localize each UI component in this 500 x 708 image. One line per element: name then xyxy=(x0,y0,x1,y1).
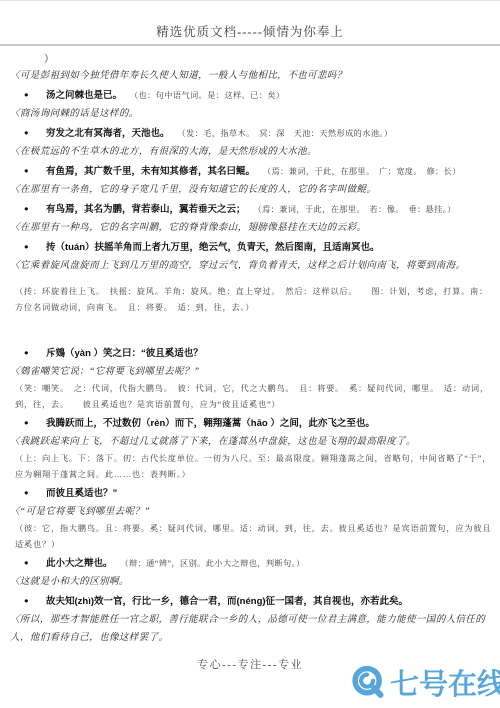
bullet-main-text: 斥鴳（yàn ）笑之曰：“彼且奚适也？ xyxy=(46,348,203,359)
bullet-icon: ● xyxy=(24,413,46,432)
bullet-icon: ● xyxy=(24,123,46,142)
watermark-logo: 七号在线 xyxy=(350,662,500,703)
bullet-main-text: 有鸟焉，其名为鹏，背若泰山，翼若垂天之云； xyxy=(46,204,246,215)
bullet-icon: ● xyxy=(24,483,46,502)
bullet-item: ●斥鴳（yàn ）笑之曰：“彼且奚适也？ xyxy=(10,343,492,363)
bullet-main-text: 汤之问棘也是已。 xyxy=(46,90,122,101)
translation-line: 〈鴳雀嘲笑它说：“它将要飞到哪里去呢？” xyxy=(10,363,492,381)
document-line: ） xyxy=(10,53,492,67)
page-header: 精选优质文档-----倾情为你奉上 xyxy=(0,1,500,40)
bullet-item: ●有鱼焉，其广数千里，未有知其修者，其名曰鲲。（焉：兼词，于此，在那里。 广：宽… xyxy=(10,161,492,181)
bullet-main-text: 此小大之辩也。 xyxy=(46,558,113,569)
translation-line: 〈可是彭祖到如今独凭借年寿长久使人知道，一般人与他相比，不也可悲吗？ xyxy=(10,67,492,85)
bullet-main-text: 抟（tuán）扶摇羊角而上者九万里，绝云气，负青天，然后图南，且适南冥也。 xyxy=(46,242,380,253)
translation-line: 〈所以，那些才智能胜任一官之职，善行能联合一乡的人，品德可使一位君主满意，能力能… xyxy=(10,611,492,647)
translation-line: 〈它乘着旋风盘旋而上飞到几万里的高空，穿过云气，背负着青天，这样之后计划向南飞，… xyxy=(10,257,492,275)
bullet-annotation: （发：毛，指草木。 冥：深 天池：天然形成的水池。） xyxy=(182,129,393,138)
bullet-icon: ● xyxy=(24,161,46,180)
bullet-annotation: （也：句中语气词。是：这样。已：矣） xyxy=(134,91,284,100)
annotation-block: （上：向上飞。下：落下。仞：古代长度单位。一仞为八尺。至：最高限度。翱翔蓬蒿之间… xyxy=(10,451,492,483)
translation-line: 〈“可是它将要飞到哪里去呢？” xyxy=(10,503,492,521)
bullet-main-text: 而彼且奚适也？” xyxy=(46,488,117,499)
watermark-text: 七号在线 xyxy=(390,662,500,703)
bullet-item: ●抟（tuán）扶摇羊角而上者九万里，绝云气，负青天，然后图南，且适南冥也。 xyxy=(10,237,492,257)
bullet-item: ●而彼且奚适也？” xyxy=(10,483,492,503)
bullet-item: ●故夫知(zhì)效一官，行比一乡，德合一君，而(néng)征一国者，其自视也，… xyxy=(10,591,492,611)
q-logo-icon xyxy=(350,664,387,701)
bullet-annotation: （焉：兼词，于此，在那里。 若：像。 垂：悬挂。） xyxy=(258,205,456,214)
bullet-main-text: 故夫知(zhì)效一官，行比一乡，德合一君，而(néng)征一国者，其自视也，亦… xyxy=(46,596,408,607)
annotation-block: （彼：它，指大鹏鸟。且：将要。奚：疑问代词，哪里。适：动词，到，往，去。彼且奚适… xyxy=(10,521,492,553)
bullet-main-text: 穷发之北有冥海者，天池也。 xyxy=(46,128,170,139)
annotation-block: （笑：嘲笑。 之：代词，代指大鹏鸟。 彼：代词，它，代之大鹏鸟。 且：将要。 奚… xyxy=(10,381,492,413)
bullet-icon: ● xyxy=(24,199,46,218)
translation-line: 〈在那里有一条鱼，它的身子宽几千里，没有知道它的长度的人，它的名字叫做鲲。 xyxy=(10,181,492,199)
bullet-item: ●有鸟焉，其名为鹏，背若泰山，翼若垂天之云；（焉：兼词，于此，在那里。 若：像。… xyxy=(10,199,492,219)
bullet-main-text: 我腾跃而上，不过数仞（rèn）而下，翱翔蓬蒿（hāo ）之间，此亦飞之至也。 xyxy=(46,418,375,429)
annotation-block: （抟：环旋着往上飞。 扶摇：旋风。羊角：旋风。绝：直上穿过。 然后：这样以后。 … xyxy=(10,284,492,316)
bullet-item: ●汤之问棘也是已。（也：句中语气词。是：这样。已：矣） xyxy=(10,85,492,105)
translation-line: 〈在极荒远的不生草木的北方，有很深的大海，是天然形成的大水池。 xyxy=(10,143,492,161)
bullet-icon: ● xyxy=(24,343,46,362)
bullet-annotation: （焉：兼词，于此，在那里。 广：宽度。 修：长） xyxy=(267,167,461,176)
bullet-icon: ● xyxy=(24,553,46,572)
bullet-icon: ● xyxy=(24,591,46,610)
bullet-item: ●穷发之北有冥海者，天池也。（发：毛，指草木。 冥：深 天池：天然形成的水池。） xyxy=(10,123,492,143)
translation-line: 〈我跳跃起来向上飞，不超过几丈就落了下来，在蓬蒿丛中盘旋，这也是飞翔的最高限度了… xyxy=(10,433,492,451)
bullet-item: ●此小大之辩也。（辩：通“辨”，区别。此小大之辩也，判断句。） xyxy=(10,553,492,573)
bullet-icon: ● xyxy=(24,237,46,256)
bullet-item: ●我腾跃而上，不过数仞（rèn）而下，翱翔蓬蒿（hāo ）之间，此亦飞之至也。 xyxy=(10,413,492,433)
bullet-icon: ● xyxy=(24,85,46,104)
document-body: ） 〈可是彭祖到如今独凭借年寿长久使人知道，一般人与他相比，不也可悲吗？ ●汤之… xyxy=(0,46,500,647)
bullet-main-text: 有鱼焉，其广数千里，未有知其修者，其名曰鲲。 xyxy=(46,166,255,177)
translation-line: 〈在那里有一种鸟，它的名字叫鹏，它的脊背像泰山，翅膀像悬挂在天边的云彩。 xyxy=(10,219,492,237)
bullet-annotation: （辩：通“辨”，区别。此小大之辩也，判断句。） xyxy=(125,559,305,568)
translation-line: 〈这就是小和大的区别啊。 xyxy=(10,573,492,591)
translation-line: 〈商汤询问棘的话是这样的。 xyxy=(10,105,492,123)
